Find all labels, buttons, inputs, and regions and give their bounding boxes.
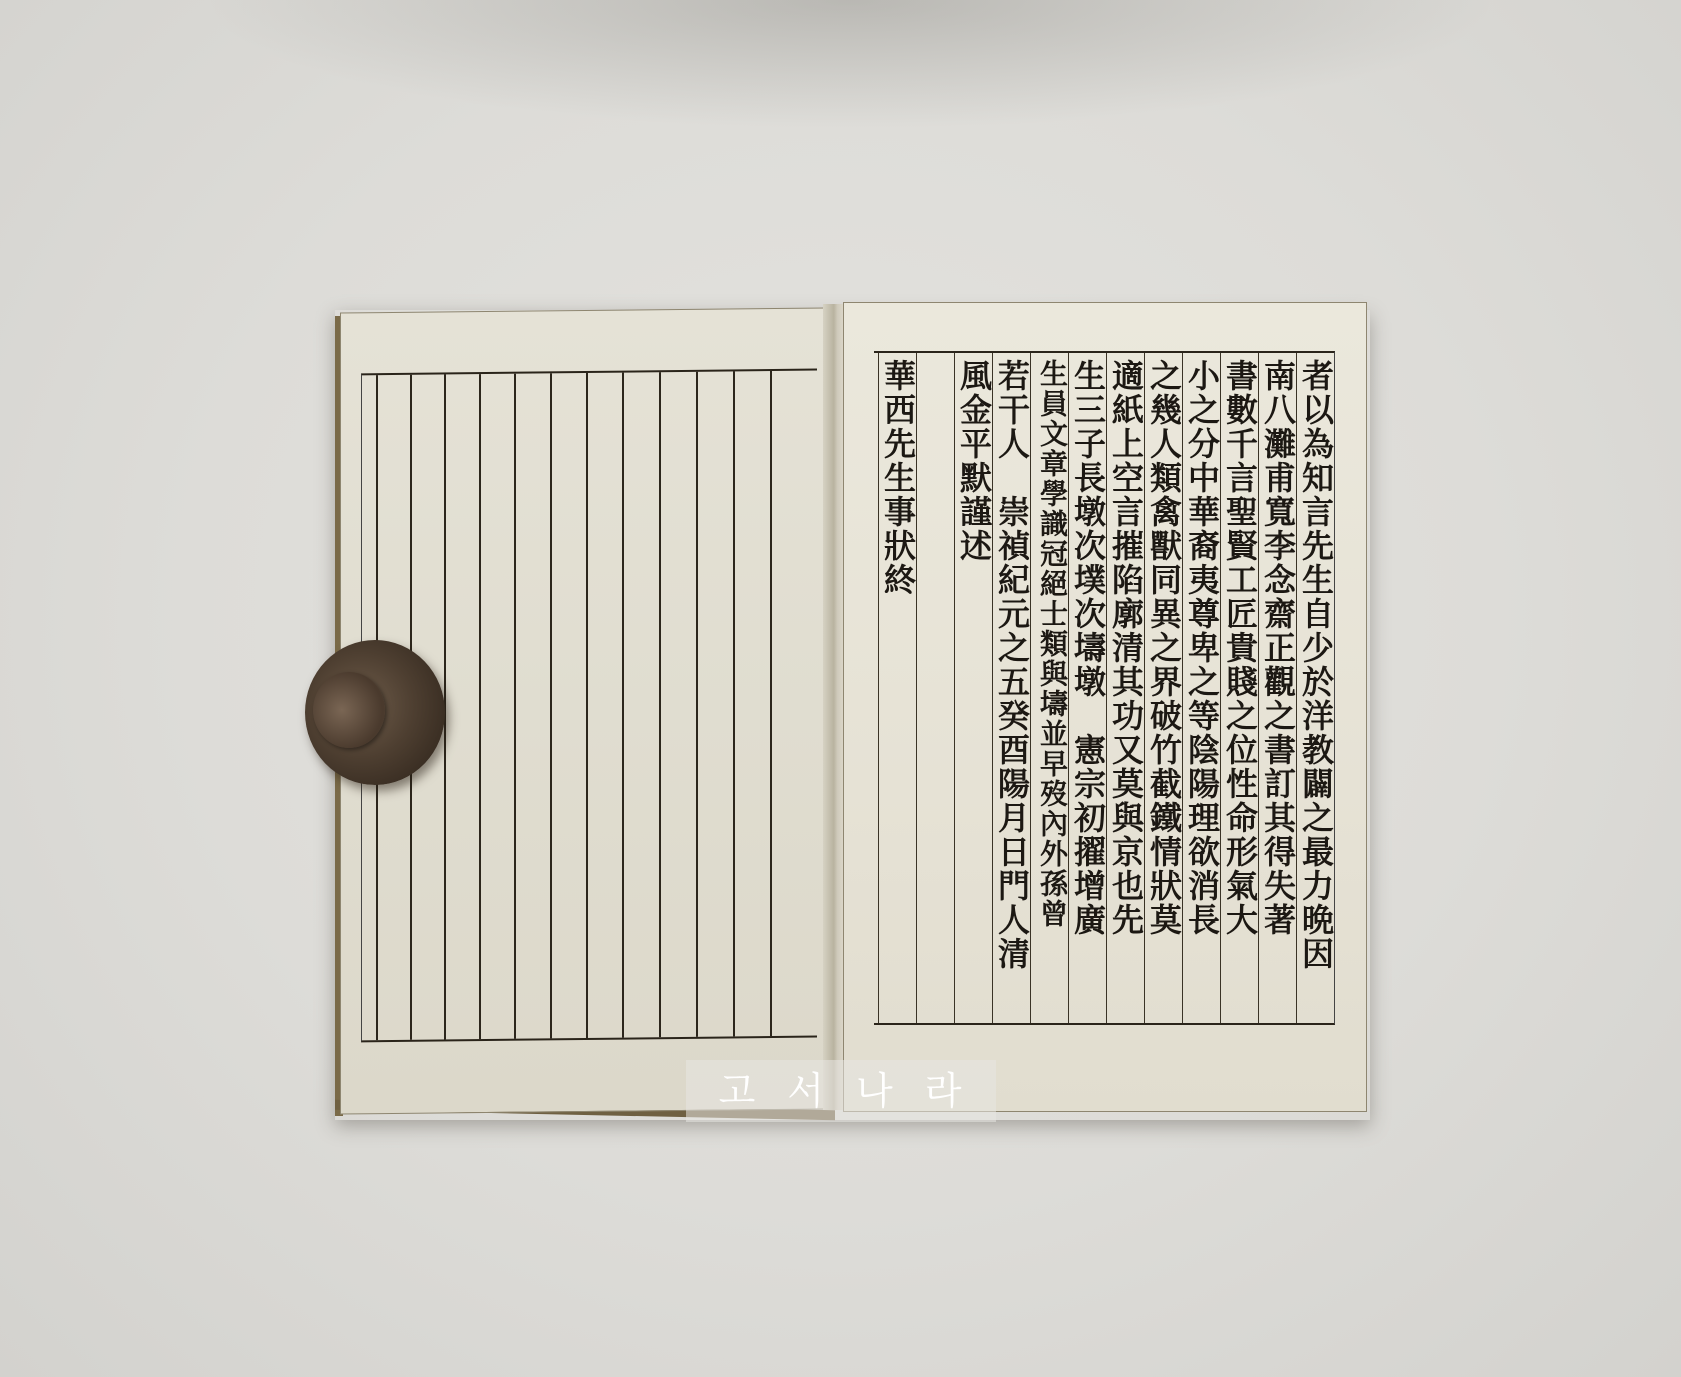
column-text: 風金平默謹述 [955,359,993,563]
text-column: 適紙上空言摧陷廓清其功又莫與京也先 [1106,353,1145,1023]
paperweight-knob [313,672,385,748]
text-column: 風金平默謹述 [954,353,993,1023]
closing-title-column: 華西先生事狀終 [878,353,917,1023]
column-rule [733,371,735,1036]
column-rule [479,374,481,1039]
text-column: 南八灘甫寬李念齋正觀之書訂其得失著 [1258,353,1297,1023]
right-page: 者以為知言先生自少於洋教闢之最力晩因 南八灘甫寬李念齋正觀之書訂其得失著 書數千… [843,302,1367,1112]
right-page-text-frame: 者以為知言先生自少於洋教闢之最力晩因 南八灘甫寬李念齋正觀之書訂其得失著 書數千… [874,351,1335,1025]
column-text: 之幾人類禽獸同異之界破竹截鐵情狀莫 [1145,359,1183,937]
column-text: 南八灘甫寬李念齋正觀之書訂其得失著 [1259,359,1297,937]
column-rule [514,374,516,1039]
text-column: 生員文章學識冠絕士類與壔並早歿內外孫曾 [1030,353,1069,1023]
column-text: 生員文章學識冠絕士類與壔並早歿內外孫曾 [1031,359,1069,929]
column-rule [550,373,552,1038]
text-column: 若干人 崇禎紀元之五癸酉陽月日門人清 [992,353,1031,1023]
watermark: 고서나라 [686,1060,996,1122]
column-rule [696,372,698,1037]
overhead-shadow [200,0,1500,130]
bronze-paperweight [305,640,445,785]
column-rule [586,373,588,1038]
column-text: 若干人 崇禎紀元之五癸酉陽月日門人清 [993,359,1031,971]
closing-title-text: 華西先生事狀終 [879,359,917,597]
column-rule [659,372,661,1037]
text-column: 者以為知言先生自少於洋教闢之最力晩因 [1296,353,1335,1023]
column-rule [770,371,772,1036]
column-text: 生三子長墩次墣次壔墩 憲宗初擢增廣 [1069,359,1107,937]
text-column: 生三子長墩次墣次壔墩 憲宗初擢增廣 [1068,353,1107,1023]
text-column: 之幾人類禽獸同異之界破竹截鐵情狀莫 [1144,353,1183,1023]
column-rule [622,373,624,1038]
text-column: 書數千言聖賢工匠貴賤之位性命形氣大 [1220,353,1259,1023]
column-text: 書數千言聖賢工匠貴賤之位性命形氣大 [1221,359,1259,937]
open-book: 者以為知言先生自少於洋教闢之最力晩因 南八灘甫寬李念齋正觀之書訂其得失著 書數千… [335,290,1370,1120]
text-column-blank [916,353,955,1023]
column-text: 者以為知言先生自少於洋教闢之最力晩因 [1297,359,1335,971]
column-text: 小之分中華裔夷尊卑之等陰陽理欲消長 [1183,359,1221,937]
column-text: 適紙上空言摧陷廓清其功又莫與京也先 [1107,359,1145,937]
text-column: 小之分中華裔夷尊卑之等陰陽理欲消長 [1182,353,1221,1023]
